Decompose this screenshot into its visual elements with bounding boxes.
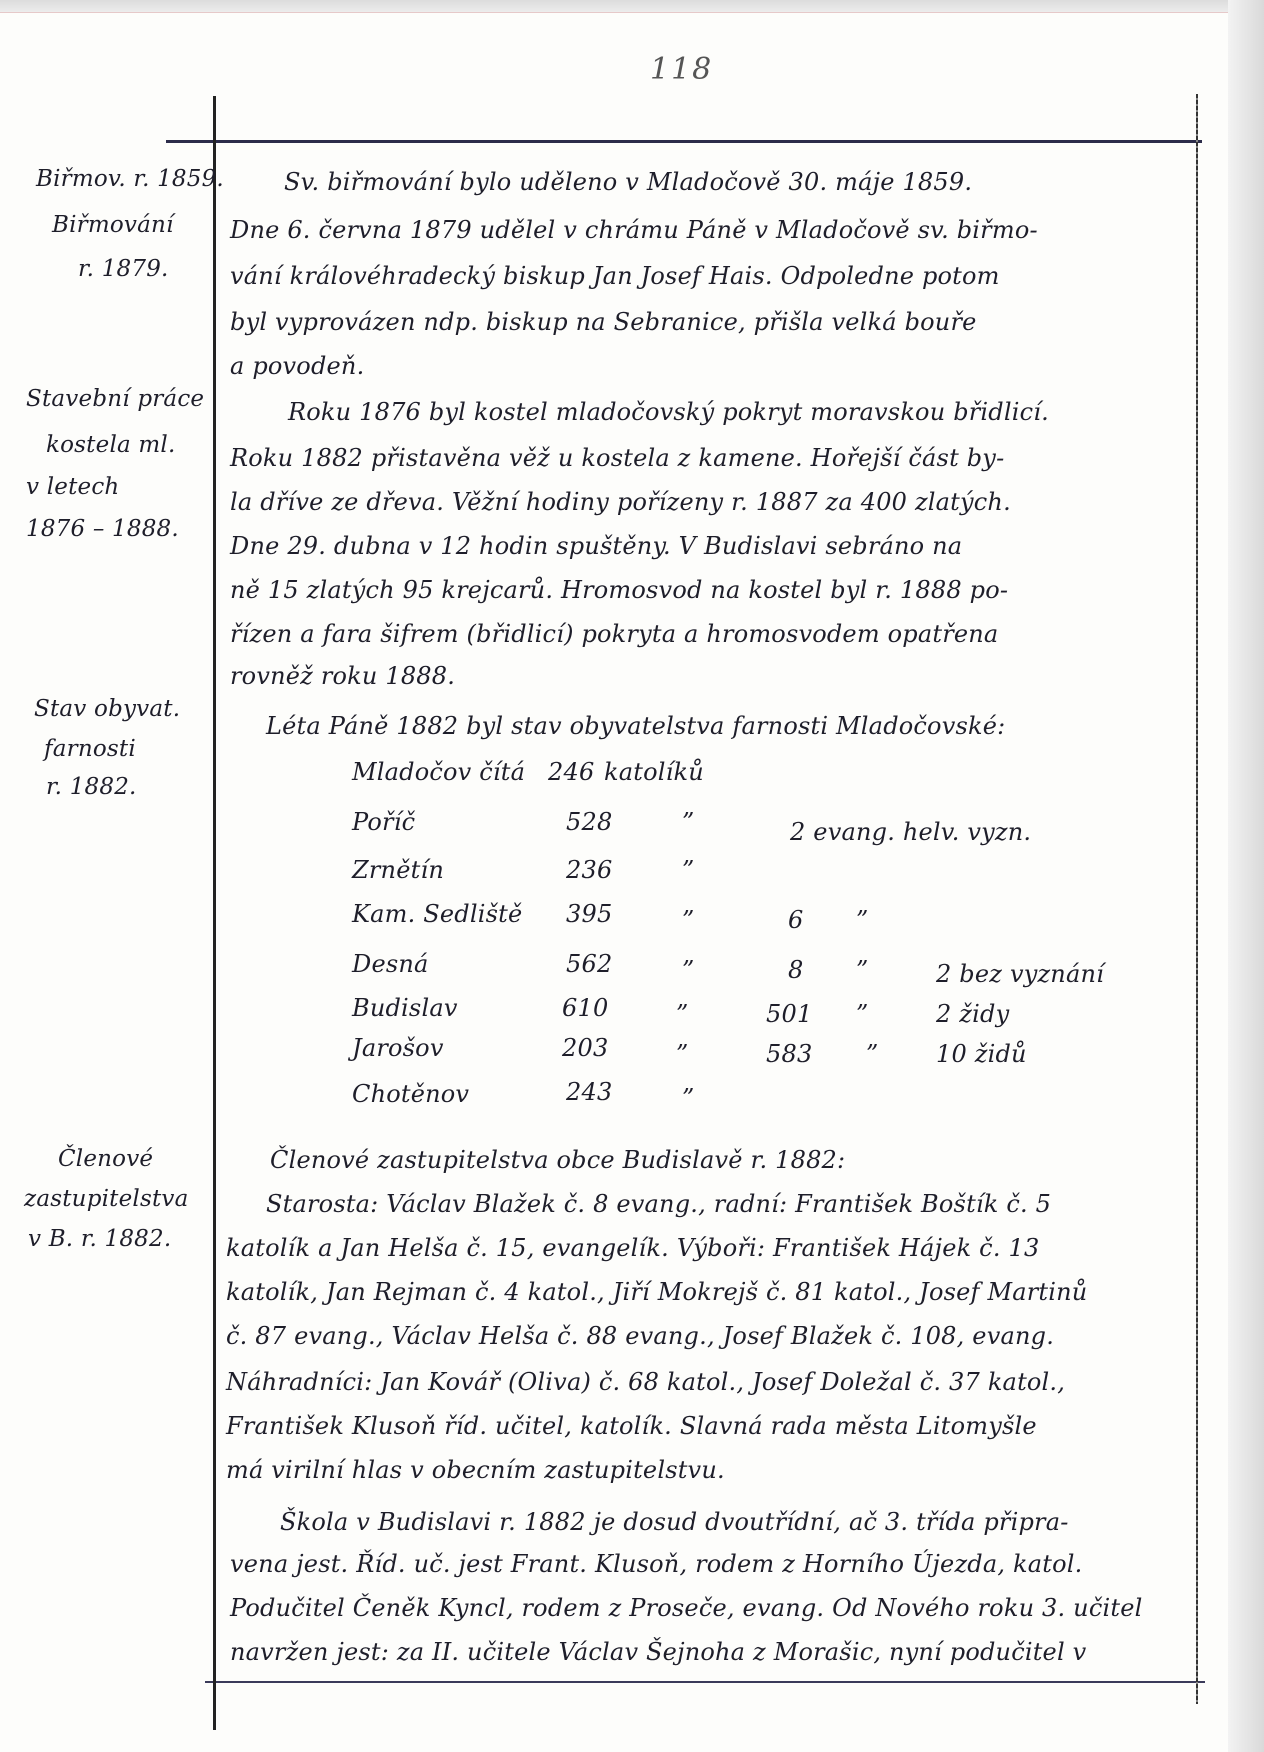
table-catholics: 562 <box>566 950 612 978</box>
table-ditto: ” <box>856 956 868 984</box>
body-line: byl vyprovázen ndp. biskup na Sebranice,… <box>230 308 977 336</box>
school-line: Podučitel Čeněk Kyncl, rodem z Proseče, … <box>230 1594 1142 1622</box>
council-line: katolík a Jan Helša č. 15, evangelík. Vý… <box>226 1234 1039 1262</box>
council-line: František Klusoň říd. učitel, katolík. S… <box>226 1412 1037 1440</box>
body-line: la dříve ze dřeva. Věžní hodiny pořízeny… <box>230 488 1011 516</box>
body-line: Roku 1882 přistavěna věž u kostela z kam… <box>230 444 1004 472</box>
margin-note-construction-church: kostela ml. <box>46 432 176 458</box>
margin-note-construction-years-label: v letech <box>26 474 119 500</box>
table-evangelicals: 6 <box>788 906 803 934</box>
table-note: 2 židy <box>936 1000 1009 1028</box>
council-line: Náhradníci: Jan Kovář (Oliva) č. 68 kato… <box>226 1368 1065 1396</box>
body-line: Dne 29. dubna v 12 hodin spuštěny. V Bud… <box>230 532 962 560</box>
table-catholics: 203 <box>562 1034 608 1062</box>
table-place: Poříč <box>352 808 415 836</box>
table-evangelicals: 8 <box>788 956 803 984</box>
body-line: rovněž roku 1888. <box>230 662 455 690</box>
table-ditto: ” <box>682 808 694 836</box>
header-rule <box>166 140 1202 143</box>
body-line: řízen a fara šifrem (břidlicí) pokryta a… <box>230 620 998 648</box>
table-catholics: 236 <box>566 856 612 884</box>
table-ditto: ” <box>682 856 694 884</box>
table-place: Desná <box>352 950 429 978</box>
table-place: Jarošov <box>352 1034 444 1062</box>
margin-rule <box>213 96 216 1730</box>
margin-note-population-year: r. 1882. <box>46 774 137 800</box>
table-note: 2 bez vyznání <box>936 960 1104 988</box>
school-line: navržen jest: za II. učitele Václav Šejn… <box>230 1638 1086 1666</box>
body-line: Léta Páně 1882 byl stav obyvatelstva far… <box>266 712 1005 740</box>
table-ditto: ” <box>676 1040 688 1068</box>
body-line: Sv. biřmování bylo uděleno v Mladočově 3… <box>284 168 972 196</box>
table-note: 10 židů <box>936 1040 1027 1068</box>
table-unit: katolíků <box>604 758 704 786</box>
margin-note-population: Stav obyvat. <box>34 696 180 722</box>
table-catholics: 528 <box>566 808 612 836</box>
council-line: má virilní hlas v obecním zastupitelstvu… <box>226 1456 725 1484</box>
table-catholics: 395 <box>566 900 612 928</box>
table-evangelicals: 583 <box>766 1040 812 1068</box>
table-ditto: ” <box>682 1084 694 1112</box>
table-place: Chotěnov <box>352 1080 469 1108</box>
body-line: ně 15 zlatých 95 krejcarů. Hromosvod na … <box>230 576 1008 604</box>
body-line: Roku 1876 byl kostel mladočovský pokryt … <box>288 398 1049 426</box>
council-line: Starosta: Václav Blažek č. 8 evang., rad… <box>266 1190 1051 1218</box>
table-catholics: 243 <box>566 1078 612 1106</box>
body-line: Dne 6. června 1879 udělel v chrámu Páně … <box>230 216 1038 244</box>
page-number: 118 <box>650 52 713 87</box>
table-ditto: ” <box>682 956 694 984</box>
margin-note-confirmation-1879: Biřmování <box>52 212 174 238</box>
margin-note-confirmation-1859: Biřmov. r. 1859. <box>36 166 224 192</box>
school-line: vena jest. Říd. uč. jest Frant. Klusoň, … <box>230 1550 1082 1578</box>
table-evangelicals: 501 <box>766 1000 812 1028</box>
council-line: Členové zastupitelstva obce Budislavě r.… <box>270 1146 845 1174</box>
table-ditto: ” <box>856 906 868 934</box>
school-line: Škola v Budislavi r. 1882 je dosud dvout… <box>280 1508 1069 1536</box>
table-ditto: ” <box>676 1000 688 1028</box>
table-ditto: ” <box>856 1000 868 1028</box>
table-place: Mladočov čítá <box>352 758 525 786</box>
margin-note-council-body: zastupitelstva <box>24 1186 189 1212</box>
body-line: a povodeň. <box>230 352 364 380</box>
body-line: vání královéhradecký biskup Jan Josef Ha… <box>230 262 1000 290</box>
table-place: Budislav <box>352 994 458 1022</box>
table-catholics: 610 <box>562 994 608 1022</box>
margin-note-confirmation-1879-year: r. 1879. <box>78 256 169 282</box>
table-catholics: 246 <box>548 758 594 786</box>
margin-note-council-year: v B. r. 1882. <box>28 1226 171 1252</box>
right-border-rule <box>1196 94 1198 1704</box>
table-note: 2 evang. helv. vyzn. <box>790 818 1031 846</box>
council-line: katolík, Jan Rejman č. 4 katol., Jiří Mo… <box>226 1278 1087 1306</box>
table-ditto: ” <box>682 906 694 934</box>
margin-note-construction-years: 1876 – 1888. <box>26 516 179 542</box>
scan-right-edge <box>1228 0 1264 1752</box>
council-line: č. 87 evang., Václav Helša č. 88 evang.,… <box>226 1322 1054 1350</box>
table-place: Zrnětín <box>352 856 444 884</box>
table-ditto: ” <box>866 1040 878 1068</box>
margin-note-council: Členové <box>58 1146 153 1172</box>
margin-note-construction: Stavební práce <box>26 386 204 412</box>
table-place: Kam. Sedliště <box>352 900 522 928</box>
footer-rule <box>205 1681 1205 1683</box>
margin-note-population-parish: farnosti <box>44 736 136 762</box>
